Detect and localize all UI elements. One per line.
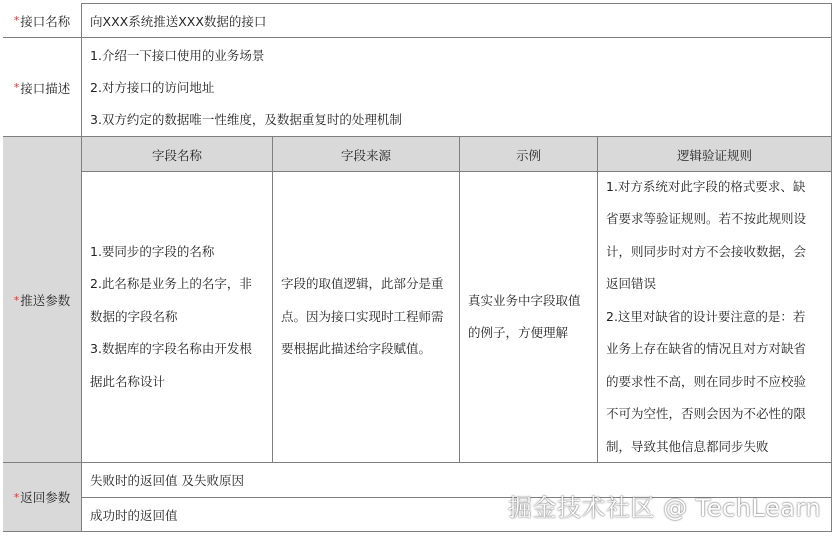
watermark: 掘金技术社区 @ TechLearn [508, 488, 821, 523]
required-mark: * [14, 491, 20, 504]
interface-name-value: 向XXX系统推送XXX数据的接口 [81, 3, 832, 38]
cell-line: 计，则同步时对方不会接收数据，会 [606, 236, 823, 269]
header-text: 字段来源 [341, 146, 391, 164]
interface-description-value: 1.介绍一下接口使用的业务场景 2.对方接口的访问地址 3.双方约定的数据唯一性… [81, 38, 832, 137]
cell-validation-rules: 1.对方系统对此字段的格式要求、缺 省要求等验证规则。若不按此规则设 计，则同步… [598, 172, 831, 462]
cell-line: 3.数据库的字段名称由开发根 [90, 333, 264, 366]
cell-line: 点。因为接口实现时工程师需 [281, 301, 451, 334]
cell-line: 字段的取值逻辑，此部分是重 [281, 268, 451, 301]
required-mark: * [14, 81, 20, 94]
cell-line: 真实业务中字段取值 [468, 285, 589, 318]
column-header-validation-rules: 逻辑验证规则 [598, 137, 831, 172]
cell-line: 数据的字段名称 [90, 301, 264, 334]
cell-line: 2.这里对缺省的设计要注意的是：若 [606, 301, 823, 334]
label-interface-description: * 接口描述 [3, 38, 82, 137]
column-header-example: 示例 [460, 137, 597, 172]
column-header-field-name: 字段名称 [82, 137, 272, 172]
label-push-params: * 推送参数 [3, 137, 82, 463]
cell-line: 要根据此描述给字段赋值。 [281, 333, 451, 366]
cell-line: 的要求性不高，则在同步时不应校验 [606, 366, 823, 399]
cell-line: 返回错误 [606, 268, 823, 301]
cell-line: 业务上存在缺省的情况且对方对缺省 [606, 333, 823, 366]
cell-example: 真实业务中字段取值 的例子，方便理解 [460, 172, 597, 462]
label-text: 返回参数 [20, 488, 70, 506]
cell-line: 据此名称设计 [90, 366, 264, 399]
description-line: 3.双方约定的数据唯一性维度，及数据重复时的处理机制 [90, 104, 832, 136]
cell-line: 制，导致其他信息都同步失败 [606, 431, 823, 464]
cell-line: 的例子，方便理解 [468, 317, 589, 350]
header-text: 逻辑验证规则 [677, 146, 752, 164]
description-line: 1.介绍一下接口使用的业务场景 [90, 40, 832, 72]
interface-name-text: 向XXX系统推送XXX数据的接口 [90, 12, 266, 30]
required-mark: * [14, 294, 20, 307]
cell-line: 1.对方系统对此字段的格式要求、缺 [606, 171, 823, 204]
column-header-field-source: 字段来源 [273, 137, 459, 172]
cell-line: 省要求等验证规则。若不按此规则设 [606, 203, 823, 236]
return-line: 成功时的返回值 [90, 506, 178, 524]
cell-line: 2.此名称是业务上的名字，非 [90, 268, 264, 301]
cell-field-source: 字段的取值逻辑，此部分是重 点。因为接口实现时工程师需 要根据此描述给字段赋值。 [273, 172, 459, 462]
return-line: 失败时的返回值 及失败原因 [90, 471, 244, 489]
label-text: 接口名称 [20, 12, 70, 30]
cell-field-name: 1.要同步的字段的名称 2.此名称是业务上的名字，非 数据的字段名称 3.数据库… [82, 172, 272, 462]
header-text: 字段名称 [152, 146, 202, 164]
required-mark: * [14, 14, 20, 27]
label-return-params: * 返回参数 [3, 463, 82, 531]
cell-line: 1.要同步的字段的名称 [90, 236, 264, 269]
cell-line: 不可为空性，否则会因为不必性的限 [606, 398, 823, 431]
label-text: 接口描述 [20, 79, 70, 97]
header-text: 示例 [516, 146, 541, 164]
description-line: 2.对方接口的访问地址 [90, 72, 832, 104]
label-text: 推送参数 [20, 291, 70, 309]
label-interface-name: * 接口名称 [3, 3, 82, 38]
